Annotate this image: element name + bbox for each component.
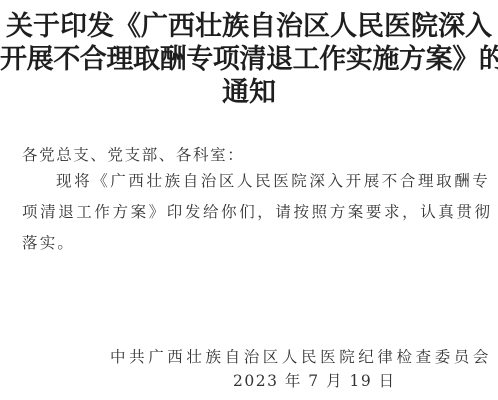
document-title-line-3: 通知	[0, 78, 498, 108]
body-line-1: 现将《广西壮族自治区人民医院深入开展不合理取酬专	[56, 171, 490, 191]
document-title-line-2: 开展不合理取酬专项清退工作实施方案》的	[0, 45, 498, 75]
document-title-line-1: 关于印发《广西壮族自治区人民医院深入	[0, 12, 498, 42]
salutation: 各党总支、党支部、各科室：	[22, 145, 244, 165]
notice-document: 关于印发《广西壮族自治区人民医院深入 开展不合理取酬专项清退工作实施方案》的 通…	[0, 0, 498, 400]
issuer-signature: 中共广西壮族自治区人民医院纪律检查委员会	[110, 347, 492, 367]
body-line-2: 项清退工作方案》印发给你们，请按照方案要求，认真贯彻	[22, 202, 493, 222]
issue-date: 2023 年 7 月 19 日	[233, 371, 396, 391]
body-line-3: 落实。	[22, 233, 75, 253]
